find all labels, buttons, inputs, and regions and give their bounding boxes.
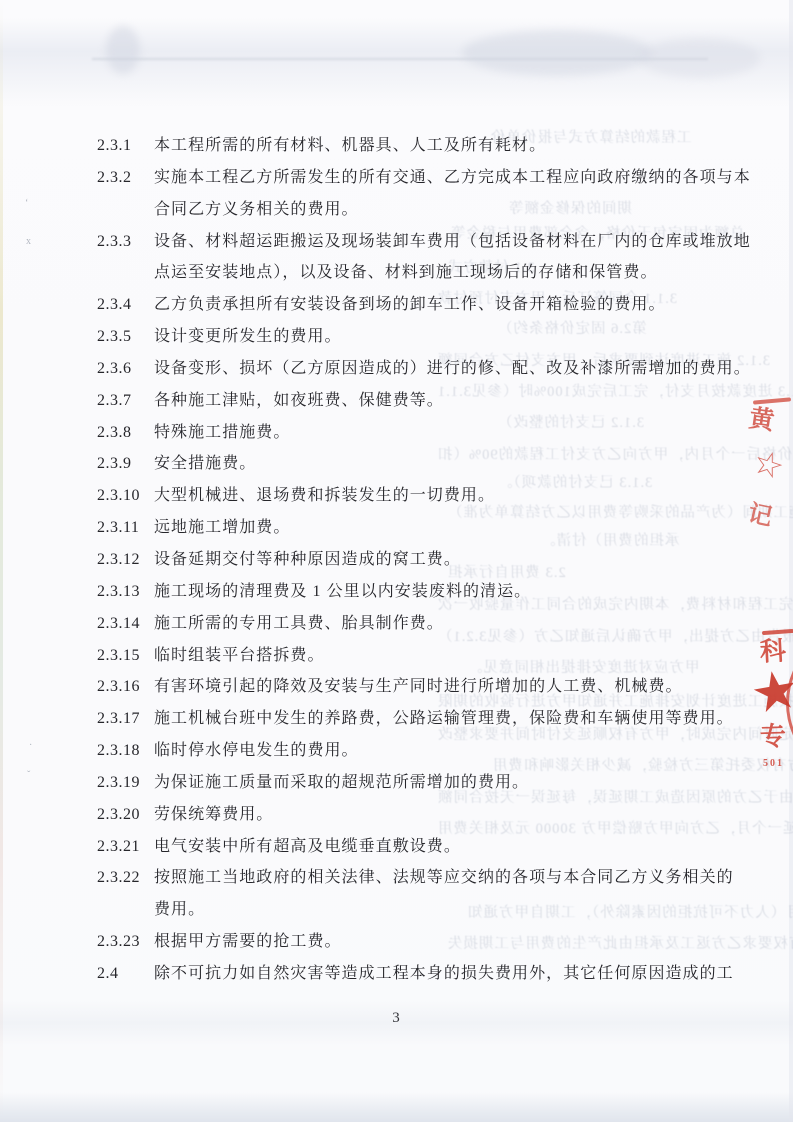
clause-text: 大型机械进、退场费和拆装发生的一切费用。 [154,480,754,512]
clause-text: 有害环境引起的降效及安装与生产同时进行所增加的人工费、机械费。 [154,671,754,703]
clause-text: 施工所需的专用工具费、胎具制作费。 [154,608,754,640]
clause-text: 按照施工当地政府的相关法律、法规等应交纳的各项与本合同乙方义务相关的 费用。 [154,862,754,926]
clause-text: 实施本工程乙方所需发生的所有交通、乙方完成本工程应向政府缴纳的各项与本 合同乙方… [154,162,754,226]
clause-text: 电气安装中所有超高及电缆垂直敷设费。 [154,831,754,863]
clause-item: 2.4 除不可抗力如自然灾害等造成工程本身的损失费用外，其它任何原因造成的工 [97,958,757,990]
clause-text: 安全措施费。 [154,448,754,480]
clause-number: 2.3.7 [97,385,154,417]
scanned-contract-page: 工程款的结算方式与报价单价 期间的保修金额等 总额为固定包干价格，含全部费用与税… [0,0,793,1122]
clause-item: 2.3.21 电气安装中所有超高及电缆垂直敷设费。 [97,831,757,863]
clause-number: 2.3.23 [97,926,154,958]
clause-item: 2.3.4 乙方负责承担所有安装设备到场的卸车工作、设备开箱检验的费用。 [97,289,757,321]
clause-item: 2.3.16 有害环境引起的降效及安装与生产同时进行所增加的人工费、机械费。 [97,671,757,703]
clause-text: 乙方负责承担所有安装设备到场的卸车工作、设备开箱检验的费用。 [154,289,754,321]
clause-number: 2.3.9 [97,448,154,480]
clause-text: 劳保统筹费用。 [154,799,754,831]
clause-number: 2.3.3 [97,226,154,258]
clause-text: 临时组装平台搭拆费。 [154,640,754,672]
clause-text: 设计变更所发生的费用。 [154,321,754,353]
clause-number: 2.3.22 [97,862,154,894]
clause-item: 2.3.23 根据甲方需要的抢工费。 [97,926,757,958]
clause-text: 特殊施工措施费。 [154,417,754,449]
clause-text: 施工机械台班中发生的养路费，公路运输管理费，保险费和车辆使用等费用。 [154,703,754,735]
clause-item: 2.3.13 施工现场的清理费及 1 公里以内安装废料的清运。 [97,576,757,608]
clause-number: 2.3.11 [97,512,154,544]
clause-number: 2.3.4 [97,289,154,321]
clause-item: 2.3.10 大型机械进、退场费和拆装发生的一切费用。 [97,480,757,512]
clause-item: 2.3.12 设备延期交付等种种原因造成的窝工费。 [97,544,757,576]
clause-item: 2.3.7 各种施工津贴，如夜班费、保健费等。 [97,385,757,417]
clause-text: 设备、材料超运距搬运及现场装卸车费用（包括设备材料在厂内的仓库或堆放地 点运至安… [154,226,754,290]
clause-number: 2.4 [97,958,154,990]
clause-item: 2.3.1 本工程所需的所有材料、机器具、人工及所有耗材。 [97,130,757,162]
clause-text: 除不可抗力如自然灾害等造成工程本身的损失费用外，其它任何原因造成的工 [154,958,754,990]
clause-item: 2.3.9 安全措施费。 [97,448,757,480]
page-number: 3 [0,1010,793,1027]
clause-item: 2.3.11 远地施工增加费。 [97,512,757,544]
clause-number: 2.3.15 [97,640,154,672]
clause-item: 2.3.19 为保证施工质量而采取的超规范所需增加的费用。 [97,767,757,799]
clause-item: 2.3.22 按照施工当地政府的相关法律、法规等应交纳的各项与本合同乙方义务相关… [97,862,757,926]
clause-number: 2.3.8 [97,417,154,449]
clause-number: 2.3.5 [97,321,154,353]
clause-text: 为保证施工质量而采取的超规范所需增加的费用。 [154,767,754,799]
clause-item: 2.3.17 施工机械台班中发生的养路费，公路运输管理费，保险费和车辆使用等费用… [97,703,757,735]
clause-item: 2.3.3 设备、材料超运距搬运及现场装卸车费用（包括设备材料在厂内的仓库或堆放… [97,226,757,290]
clause-item: 2.3.5 设计变更所发生的费用。 [97,321,757,353]
clause-item: 2.3.14 施工所需的专用工具费、胎具制作费。 [97,608,757,640]
clause-text: 各种施工津贴，如夜班费、保健费等。 [154,385,754,417]
clause-number: 2.3.2 [97,162,154,194]
clause-item: 2.3.20 劳保统筹费用。 [97,799,757,831]
clause-text: 远地施工增加费。 [154,512,754,544]
clause-number: 2.3.18 [97,735,154,767]
clause-text: 施工现场的清理费及 1 公里以内安装废料的清运。 [154,576,754,608]
clause-item: 2.3.15 临时组装平台搭拆费。 [97,640,757,672]
clause-text: 临时停水停电发生的费用。 [154,735,754,767]
clause-number: 2.3.21 [97,831,154,863]
clause-number: 2.3.1 [97,130,154,162]
clause-number: 2.3.17 [97,703,154,735]
clause-list: 2.3.1 本工程所需的所有材料、机器具、人工及所有耗材。 2.3.2 实施本工… [97,130,757,990]
clause-number: 2.3.12 [97,544,154,576]
clause-text: 根据甲方需要的抢工费。 [154,926,754,958]
clause-number: 2.3.14 [97,608,154,640]
clause-number: 2.3.13 [97,576,154,608]
clause-number: 2.3.10 [97,480,154,512]
clause-text: 设备变形、损坏（乙方原因造成的）进行的修、配、改及补漆所需增加的费用。 [154,353,754,385]
clause-text: 设备延期交付等种种原因造成的窝工费。 [154,544,754,576]
clause-item: 2.3.6 设备变形、损坏（乙方原因造成的）进行的修、配、改及补漆所需增加的费用… [97,353,757,385]
clause-number: 2.3.6 [97,353,154,385]
clause-number: 2.3.19 [97,767,154,799]
clause-item: 2.3.18 临时停水停电发生的费用。 [97,735,757,767]
clause-text: 本工程所需的所有材料、机器具、人工及所有耗材。 [154,130,754,162]
clause-item: 2.3.8 特殊施工措施费。 [97,417,757,449]
clause-number: 2.3.20 [97,799,154,831]
clause-item: 2.3.2 实施本工程乙方所需发生的所有交通、乙方完成本工程应向政府缴纳的各项与… [97,162,757,226]
clause-number: 2.3.16 [97,671,154,703]
